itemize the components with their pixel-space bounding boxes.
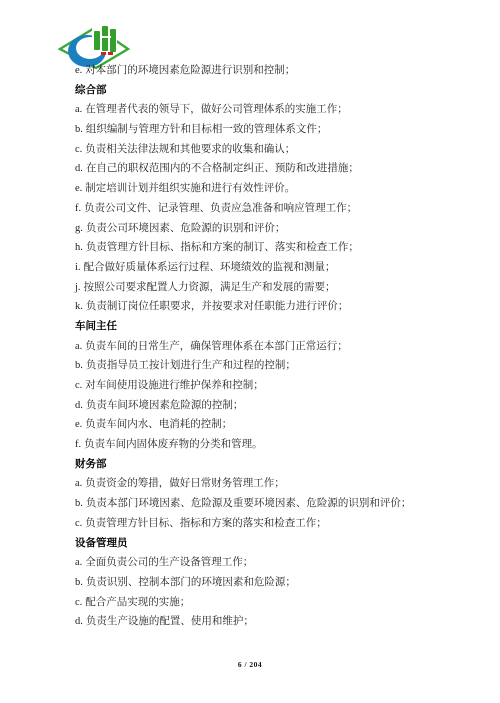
list-item: b.负责本部门环境因素、危险源及重要环境因素、危险源的识别和评价； [75,494,455,514]
section-title: 设备管理员 [75,538,128,549]
list-item: e.负责车间内水、电消耗的控制； [75,415,455,435]
document-page: e.对本部门的环境因素危险源进行识别和控制；综合部a.在管理者代表的领导下，做好… [0,0,500,703]
item-text: 负责车间内固体废弃物的分类和管理。 [84,439,263,450]
item-letter: a. [75,557,82,568]
item-text: 全面负责公司的生产设备管理工作； [85,557,253,568]
list-item: a.负责资金的筹措，做好日常财务管理工作； [75,474,455,494]
list-item: a.在管理者代表的领导下，做好公司管理体系的实施工作； [75,100,455,120]
item-letter: k. [75,301,83,312]
item-letter: a. [75,341,82,352]
list-item: f.负责车间内固体废弃物的分类和管理。 [75,435,455,455]
section-heading: 车间主任 [75,317,455,337]
section-title: 财务部 [75,459,107,470]
item-letter: a. [75,478,82,489]
list-item: e.制定培训计划并组织实施和进行有效性评价。 [75,179,455,199]
item-letter: i. [75,262,81,273]
item-text: 组织编制与管理方针和目标相一致的管理体系文件； [86,124,328,135]
document-body: e.对本部门的环境因素危险源进行识别和控制；综合部a.在管理者代表的领导下，做好… [75,61,455,632]
item-text: 制定培训计划并组织实施和进行有效性评价。 [85,183,295,194]
item-letter: c. [75,380,82,391]
item-letter: b. [75,498,83,509]
item-letter: g. [75,223,83,234]
list-item: k.负责制订岗位任职要求，并按要求对任职能力进行评价； [75,297,455,317]
item-letter: h. [75,242,83,253]
item-letter: j. [75,282,81,293]
list-item: i.配合做好质量体系运行过程、环境绩效的监视和测量； [75,258,455,278]
item-text: 配合做好质量体系运行过程、环境绩效的监视和测量； [84,262,336,273]
list-item: g.负责公司环境因素、危险源的识别和评价； [75,219,455,239]
list-item: a.全面负责公司的生产设备管理工作； [75,553,455,573]
item-text: 负责车间的日常生产，确保管理体系在本部门正常运行； [85,341,348,352]
item-text: 负责车间环境因素危险源的控制； [86,400,244,411]
list-item: b.负责指导员工按计划进行生产和过程的控制； [75,356,455,376]
list-item: c.对车间使用设施进行维护保养和控制； [75,376,455,396]
item-text: 负责制订岗位任职要求，并按要求对任职能力进行评价； [86,301,349,312]
list-item: d.负责车间环境因素危险源的控制； [75,396,455,416]
list-item: d.在自己的职权范围内的不合格制定纠正、预防和改进措施； [75,159,455,179]
item-text: 负责相关法律法规和其他要求的收集和确认； [85,144,295,155]
item-letter: b. [75,577,83,588]
item-text: 对车间使用设施进行维护保养和控制； [85,380,264,391]
section-heading: 综合部 [75,81,455,101]
item-letter: b. [75,360,83,371]
item-text: 在自己的职权范围内的不合格制定纠正、预防和改进措施； [86,163,359,174]
section-heading: 设备管理员 [75,534,455,554]
item-letter: f. [75,439,81,450]
item-text: 负责管理方针目标、指标和方案的制订、落实和检查工作； [86,242,359,253]
list-item: b.负责识别、控制本部门的环境因素和危险源； [75,573,455,593]
item-text: 负责公司文件、记录管理、负责应急准备和响应管理工作； [84,203,357,214]
item-text: 负责识别、控制本部门的环境因素和危险源； [86,577,296,588]
item-text: 负责资金的筹措，做好日常财务管理工作； [85,478,285,489]
item-letter: d. [75,163,83,174]
item-letter: b. [75,124,83,135]
item-text: 负责指导员工按计划进行生产和过程的控制； [86,360,296,371]
section-title: 综合部 [75,85,107,96]
item-text: 对本部门的环境因素危险源进行识别和控制； [85,65,295,76]
item-letter: f. [75,203,81,214]
item-letter: d. [75,400,83,411]
item-letter: c. [75,518,82,529]
item-text: 配合产品实现的实施； [85,597,190,608]
list-item: h.负责管理方针目标、指标和方案的制订、落实和检查工作； [75,238,455,258]
item-text: 按照公司要求配置人力资源，满足生产和发展的需要； [84,282,336,293]
item-letter: c. [75,144,82,155]
item-letter: e. [75,419,82,430]
item-letter: e. [75,65,82,76]
list-item: c.负责管理方针目标、指标和方案的落实和检查工作； [75,514,455,534]
item-letter: a. [75,104,82,115]
list-item: c.配合产品实现的实施； [75,593,455,613]
list-item: e.对本部门的环境因素危险源进行识别和控制； [75,61,455,81]
section-title: 车间主任 [75,321,117,332]
list-item: j.按照公司要求配置人力资源，满足生产和发展的需要； [75,278,455,298]
item-letter: d. [75,616,83,627]
page-number: 6 / 204 [0,660,500,669]
item-text: 负责生产设施的配置、使用和维护； [86,616,254,627]
section-heading: 财务部 [75,455,455,475]
item-letter: c. [75,597,82,608]
list-item: c.负责相关法律法规和其他要求的收集和确认； [75,140,455,160]
item-text: 负责车间内水、电消耗的控制； [85,419,232,430]
item-letter: e. [75,183,82,194]
list-item: b.组织编制与管理方针和目标相一致的管理体系文件； [75,120,455,140]
item-text: 负责管理方针目标、指标和方案的落实和检查工作； [85,518,327,529]
list-item: a.负责车间的日常生产，确保管理体系在本部门正常运行； [75,337,455,357]
list-item: d.负责生产设施的配置、使用和维护； [75,612,455,632]
item-text: 在管理者代表的领导下，做好公司管理体系的实施工作； [85,104,348,115]
item-text: 负责公司环境因素、危险源的识别和评价； [86,223,286,234]
item-text: 负责本部门环境因素、危险源及重要环境因素、危险源的识别和评价； [86,498,412,509]
list-item: f.负责公司文件、记录管理、负责应急准备和响应管理工作； [75,199,455,219]
